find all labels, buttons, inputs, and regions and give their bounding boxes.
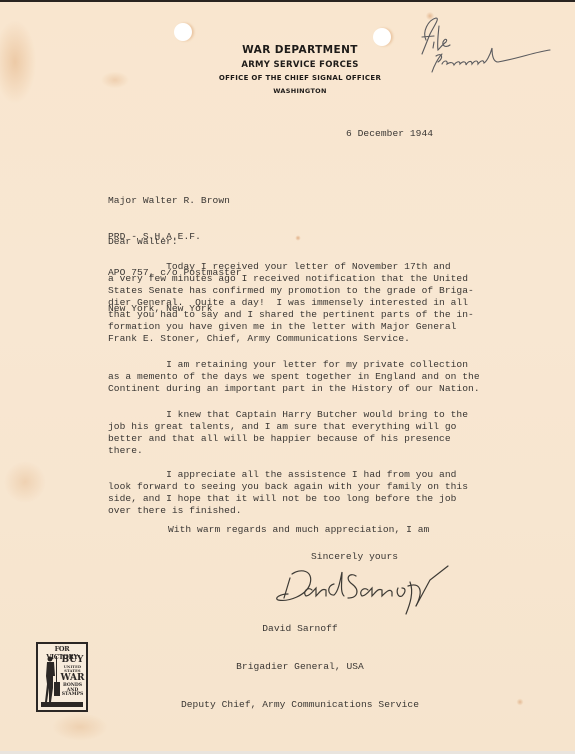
handwritten-file-annotation: File Personal (420, 12, 570, 82)
stamp-text: BUY UNITED STATES WAR BONDS AND STAMPS (60, 656, 85, 698)
recipient-name: Major Walter R. Brown (108, 195, 242, 207)
body-paragraph: I knew that Captain Harry Butcher would … (108, 409, 468, 457)
signer-name: David Sarnoff (100, 622, 500, 636)
stamp-bonds: BONDS AND STAMPS (60, 684, 85, 698)
letter-page: WAR DEPARTMENT ARMY SERVICE FORCES OFFIC… (0, 0, 575, 754)
stamp-united-states: UNITED STATES (60, 666, 85, 673)
war-bonds-stamp: FOR VICTORY BUY UNITED STATES WAR BONDS … (36, 642, 88, 712)
salutation: Dear Walter: (108, 236, 178, 248)
body-paragraph: I appreciate all the assistence I had fr… (108, 469, 468, 517)
signer-position: Deputy Chief, Army Communications Servic… (100, 698, 500, 712)
punch-hole (174, 23, 192, 41)
closing-line: With warm regards and much appreciation,… (168, 524, 429, 536)
letterhead-city: WASHINGTON (180, 85, 420, 97)
body-paragraph: I am retaining your letter for my privat… (108, 359, 480, 395)
stamp-base (41, 702, 83, 707)
letterhead-department: WAR DEPARTMENT (180, 42, 420, 58)
stamp-war: WAR (60, 674, 85, 683)
letterhead: WAR DEPARTMENT ARMY SERVICE FORCES OFFIC… (180, 42, 420, 97)
signature-block: David Sarnoff Brigadier General, USA Dep… (100, 598, 500, 736)
letterhead-office: OFFICE OF THE CHIEF SIGNAL OFFICER (180, 72, 420, 85)
stamp-buy: BUY (60, 656, 85, 665)
letter-date: 6 December 1944 (346, 128, 433, 140)
body-paragraph: Today I received your letter of November… (108, 261, 474, 345)
minuteman-figure-icon (41, 654, 61, 704)
signer-rank: Brigadier General, USA (100, 660, 500, 674)
letterhead-service: ARMY SERVICE FORCES (180, 58, 420, 72)
